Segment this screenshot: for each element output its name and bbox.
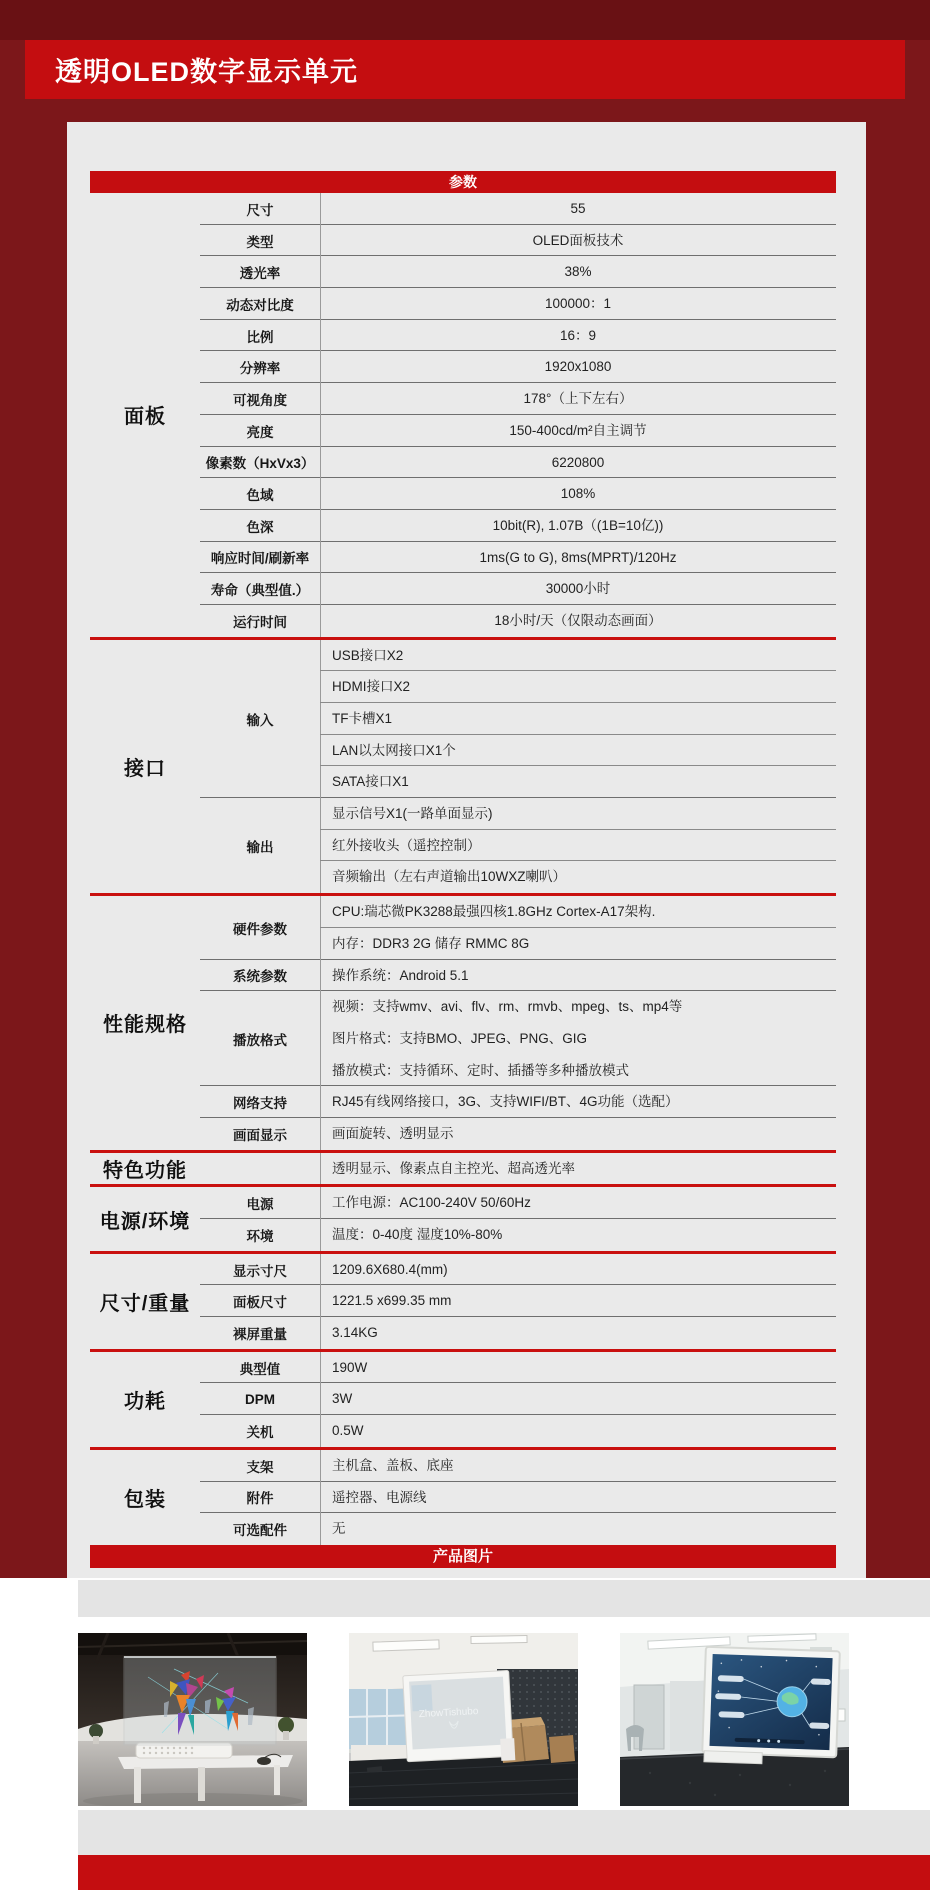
spec-group: 透明显示、像素点自主控光、超高透光率 (200, 1153, 836, 1185)
section-groups-performance: 硬件参数CPU:瑞芯微PK3288最强四核1.8GHz Cortex-A17架构… (200, 896, 836, 1150)
section-groups-consumption: 典型值190WDPM3W关机0.5W (200, 1352, 836, 1447)
spec-group: 色深10bit(R), 1.07B（(1B=10亿)) (200, 510, 836, 542)
spec-value: 190W (320, 1352, 836, 1384)
spec-value: 显示信号X1(一路单面显示) (320, 798, 836, 830)
group-label: 色域 (200, 478, 320, 510)
spec-value: 遥控器、电源线 (320, 1482, 836, 1514)
group-rows: 3W (320, 1383, 836, 1415)
spec-value: 3.14KG (320, 1317, 836, 1349)
spec-group: 动态对比度100000：1 (200, 288, 836, 320)
section-separator (90, 1150, 836, 1153)
spec-group: 输入USB接口X2HDMI接口X2TF卡槽X1LAN以太网接口X1个SATA接口… (200, 640, 836, 798)
spec-value: 透明显示、像素点自主控光、超高透光率 (320, 1153, 836, 1185)
section-groups-interface: 输入USB接口X2HDMI接口X2TF卡槽X1LAN以太网接口X1个SATA接口… (200, 640, 836, 894)
group-label: 电源 (200, 1187, 320, 1219)
page: 透明OLED数字显示单元 参数 面板尺寸55类型OLED面板技术透光率38%动态… (0, 0, 930, 1890)
spec-value: 30000小时 (320, 573, 836, 605)
spec-group: 裸屏重量3.14KG (200, 1317, 836, 1349)
section-separator (90, 1184, 836, 1187)
spec-value: 音频输出（左右声道输出10WXZ喇叭） (320, 861, 836, 893)
group-rows: 55 (320, 193, 836, 225)
group-label: 典型值 (200, 1352, 320, 1384)
spec-value: LAN以太网接口X1个 (320, 735, 836, 767)
spec-group: 比例16：9 (200, 320, 836, 352)
spec-group: 可选配件无 (200, 1513, 836, 1545)
bottom-red-band (78, 1855, 930, 1890)
spec-value: 图片格式：支持BMO、JPEG、PNG、GIG (320, 1023, 836, 1055)
section-label-features: 特色功能 (90, 1153, 200, 1185)
spec-value: CPU:瑞芯微PK3288最强四核1.8GHz Cortex-A17架构. (320, 896, 836, 928)
spec-value: 1920x1080 (320, 351, 836, 383)
section-separator (90, 1349, 836, 1352)
group-label: 色深 (200, 510, 320, 542)
group-label: 运行时间 (200, 605, 320, 637)
spec-group: 网络支持RJ45有线网络接口，3G、支持WIFI/BT、4G功能（选配） (200, 1086, 836, 1118)
group-label: 硬件参数 (200, 896, 320, 959)
spec-group: 像素数（HxVx3）6220800 (200, 447, 836, 479)
section-label-size-weight: 尺寸/重量 (90, 1254, 200, 1349)
group-rows: 遥控器、电源线 (320, 1482, 836, 1514)
group-rows: 1221.5 x699.35 mm (320, 1285, 836, 1317)
group-label: 类型 (200, 225, 320, 257)
spec-value: 工作电源：AC100-240V 50/60Hz (320, 1187, 836, 1219)
product-images-header-bar: 产品图片 (90, 1545, 836, 1568)
group-rows: 38% (320, 256, 836, 288)
section-separator (90, 637, 836, 640)
spec-group: 画面显示画面旋转、透明显示 (200, 1118, 836, 1150)
spec-value: 画面旋转、透明显示 (320, 1118, 836, 1150)
group-label: 支架 (200, 1450, 320, 1482)
section-groups-packing: 支架主机盒、盖板、底座附件遥控器、电源线可选配件无 (200, 1450, 836, 1545)
section-separator (90, 1447, 836, 1450)
spec-group: 播放格式视频：支持wmv、avi、flv、rm、rmvb、mpeg、ts、mp4… (200, 991, 836, 1086)
group-label: 显示寸尺 (200, 1254, 320, 1286)
group-rows: RJ45有线网络接口，3G、支持WIFI/BT、4G功能（选配） (320, 1086, 836, 1118)
group-label: 寿命（典型值.） (200, 573, 320, 605)
spec-value: 108% (320, 478, 836, 510)
spec-group: 系统参数操作系统：Android 5.1 (200, 960, 836, 992)
spec-value: 1209.6X680.4(mm) (320, 1254, 836, 1286)
spec-group: 运行时间18小时/天（仅限动态画面） (200, 605, 836, 637)
section-groups-features: 透明显示、像素点自主控光、超高透光率 (200, 1153, 836, 1185)
group-rows: 1920x1080 (320, 351, 836, 383)
group-label: 环境 (200, 1219, 320, 1251)
spec-value: 播放模式：支持循环、定时、插播等多种播放模式 (320, 1055, 836, 1087)
group-rows: 0.5W (320, 1415, 836, 1447)
group-label: 裸屏重量 (200, 1317, 320, 1349)
group-label: DPM (200, 1383, 320, 1415)
spec-section-consumption: 功耗典型值190WDPM3W关机0.5W (90, 1352, 836, 1447)
spec-group: 电源工作电源：AC100-240V 50/60Hz (200, 1187, 836, 1219)
group-label: 尺寸 (200, 193, 320, 225)
group-rows: 10bit(R), 1.07B（(1B=10亿)) (320, 510, 836, 542)
spec-group: DPM3W (200, 1383, 836, 1415)
spec-value: 视频：支持wmv、avi、flv、rm、rmvb、mpeg、ts、mp4等 (320, 991, 836, 1023)
spec-value: TF卡槽X1 (320, 703, 836, 735)
section-separator (90, 1251, 836, 1254)
group-rows: 108% (320, 478, 836, 510)
spec-value: 18小时/天（仅限动态画面） (320, 605, 836, 637)
product-images-header-label: 产品图片 (433, 1548, 493, 1565)
group-label: 比例 (200, 320, 320, 352)
group-rows: 主机盒、盖板、底座 (320, 1450, 836, 1482)
group-rows: 190W (320, 1352, 836, 1384)
group-label: 关机 (200, 1415, 320, 1447)
group-label: 输出 (200, 798, 320, 893)
spec-value: 55 (320, 193, 836, 225)
spec-value: 0.5W (320, 1415, 836, 1447)
spec-section-interface: 接口输入USB接口X2HDMI接口X2TF卡槽X1LAN以太网接口X1个SATA… (90, 640, 836, 894)
group-rows: 3.14KG (320, 1317, 836, 1349)
section-separator (90, 893, 836, 896)
group-rows: 16：9 (320, 320, 836, 352)
group-label: 动态对比度 (200, 288, 320, 320)
group-label: 响应时间/刷新率 (200, 542, 320, 574)
spec-value: OLED面板技术 (320, 225, 836, 257)
spec-group: 面板尺寸1221.5 x699.35 mm (200, 1285, 836, 1317)
spec-value: 150-400cd/m²自主调节 (320, 415, 836, 447)
group-label: 网络支持 (200, 1086, 320, 1118)
group-rows: 视频：支持wmv、avi、flv、rm、rmvb、mpeg、ts、mp4等图片格… (320, 991, 836, 1086)
spec-group: 支架主机盒、盖板、底座 (200, 1450, 836, 1482)
group-label: 播放格式 (200, 991, 320, 1086)
spec-section-size-weight: 尺寸/重量显示寸尺1209.6X680.4(mm)面板尺寸1221.5 x699… (90, 1254, 836, 1349)
spec-value: 温度：0-40度 湿度10%-80% (320, 1219, 836, 1251)
group-rows: 30000小时 (320, 573, 836, 605)
group-rows: 100000：1 (320, 288, 836, 320)
spec-value: 3W (320, 1383, 836, 1415)
section-label-consumption: 功耗 (90, 1352, 200, 1447)
group-label: 可选配件 (200, 1513, 320, 1545)
group-label: 附件 (200, 1482, 320, 1514)
spec-group: 显示寸尺1209.6X680.4(mm) (200, 1254, 836, 1286)
spec-value: 16：9 (320, 320, 836, 352)
spec-value: 1ms(G to G), 8ms(MPRT)/120Hz (320, 542, 836, 574)
group-rows: OLED面板技术 (320, 225, 836, 257)
spec-value: 1221.5 x699.35 mm (320, 1285, 836, 1317)
section-groups-size-weight: 显示寸尺1209.6X680.4(mm)面板尺寸1221.5 x699.35 m… (200, 1254, 836, 1349)
spec-group: 寿命（典型值.）30000小时 (200, 573, 836, 605)
product-photo-lab-ui (620, 1633, 849, 1806)
section-label-panel: 面板 (90, 193, 200, 637)
spec-section-performance: 性能规格硬件参数CPU:瑞芯微PK3288最强四核1.8GHz Cortex-A… (90, 896, 836, 1150)
group-rows: 6220800 (320, 447, 836, 479)
section-label-packing: 包装 (90, 1450, 200, 1545)
group-label: 可视角度 (200, 383, 320, 415)
page-title-bar: 透明OLED数字显示单元 (25, 40, 905, 99)
spec-group: 亮度150-400cd/m²自主调节 (200, 415, 836, 447)
group-rows: 画面旋转、透明显示 (320, 1118, 836, 1150)
spec-table: 面板尺寸55类型OLED面板技术透光率38%动态对比度100000：1比例16：… (90, 193, 836, 1545)
spec-value: 38% (320, 256, 836, 288)
group-label: 像素数（HxVx3） (200, 447, 320, 479)
group-rows: 透明显示、像素点自主控光、超高透光率 (320, 1153, 836, 1185)
spec-group: 分辨率1920x1080 (200, 351, 836, 383)
spec-value: 主机盒、盖板、底座 (320, 1450, 836, 1482)
group-label: 分辨率 (200, 351, 320, 383)
section-label-interface: 接口 (90, 640, 200, 894)
spec-value: RJ45有线网络接口，3G、支持WIFI/BT、4G功能（选配） (320, 1086, 836, 1118)
group-label: 画面显示 (200, 1118, 320, 1150)
product-photo-office: ZhowTishubo (349, 1633, 578, 1806)
group-label: 透光率 (200, 256, 320, 288)
spec-section-panel: 面板尺寸55类型OLED面板技术透光率38%动态对比度100000：1比例16：… (90, 193, 836, 637)
bottom-gray-band (78, 1810, 930, 1855)
spec-value: 无 (320, 1513, 836, 1545)
group-rows: 无 (320, 1513, 836, 1545)
spec-group: 典型值190W (200, 1352, 836, 1384)
group-rows: 显示信号X1(一路单面显示)红外接收头（遥控控制）音频输出（左右声道输出10WX… (320, 798, 836, 893)
spec-value: 100000：1 (320, 288, 836, 320)
spec-group: 关机0.5W (200, 1415, 836, 1447)
spec-value: 内存：DDR3 2G 储存 RMMC 8G (320, 928, 836, 960)
group-rows: 工作电源：AC100-240V 50/60Hz (320, 1187, 836, 1219)
product-photo-showroom (78, 1633, 307, 1806)
group-label: 面板尺寸 (200, 1285, 320, 1317)
group-rows: 178°（上下左右） (320, 383, 836, 415)
spec-section-power-env: 电源/环境电源工作电源：AC100-240V 50/60Hz环境温度：0-40度… (90, 1187, 836, 1250)
spec-value: 178°（上下左右） (320, 383, 836, 415)
spec-section-packing: 包装支架主机盒、盖板、底座附件遥控器、电源线可选配件无 (90, 1450, 836, 1545)
section-groups-power-env: 电源工作电源：AC100-240V 50/60Hz环境温度：0-40度 湿度10… (200, 1187, 836, 1250)
group-label (200, 1153, 320, 1185)
spec-section-features: 特色功能透明显示、像素点自主控光、超高透光率 (90, 1153, 836, 1185)
spec-value: 6220800 (320, 447, 836, 479)
spec-group: 硬件参数CPU:瑞芯微PK3288最强四核1.8GHz Cortex-A17架构… (200, 896, 836, 959)
group-rows: 150-400cd/m²自主调节 (320, 415, 836, 447)
group-rows: CPU:瑞芯微PK3288最强四核1.8GHz Cortex-A17架构.内存：… (320, 896, 836, 959)
section-label-performance: 性能规格 (90, 896, 200, 1150)
section-label-power-env: 电源/环境 (90, 1187, 200, 1250)
spec-group: 透光率38% (200, 256, 836, 288)
spec-group: 响应时间/刷新率1ms(G to G), 8ms(MPRT)/120Hz (200, 542, 836, 574)
group-rows: 1ms(G to G), 8ms(MPRT)/120Hz (320, 542, 836, 574)
spec-group: 附件遥控器、电源线 (200, 1482, 836, 1514)
spec-panel: 参数 面板尺寸55类型OLED面板技术透光率38%动态对比度100000：1比例… (67, 122, 866, 1627)
spec-value: HDMI接口X2 (320, 671, 836, 703)
product-photos: ZhowTishubo (78, 1633, 849, 1806)
spec-value: USB接口X2 (320, 640, 836, 672)
group-label: 系统参数 (200, 960, 320, 992)
spec-group: 色域108% (200, 478, 836, 510)
params-header-label: 参数 (449, 174, 477, 190)
page-title: 透明OLED数字显示单元 (25, 50, 358, 89)
spec-group: 类型OLED面板技术 (200, 225, 836, 257)
top-strip (0, 0, 930, 40)
group-label: 输入 (200, 640, 320, 798)
params-header-bar: 参数 (90, 171, 836, 193)
spec-group: 尺寸55 (200, 193, 836, 225)
spec-group: 输出显示信号X1(一路单面显示)红外接收头（遥控控制）音频输出（左右声道输出10… (200, 798, 836, 893)
spec-value: SATA接口X1 (320, 766, 836, 798)
spec-group: 可视角度178°（上下左右） (200, 383, 836, 415)
spec-value: 操作系统：Android 5.1 (320, 960, 836, 992)
group-rows: 1209.6X680.4(mm) (320, 1254, 836, 1286)
group-label: 亮度 (200, 415, 320, 447)
spec-group: 环境温度：0-40度 湿度10%-80% (200, 1219, 836, 1251)
group-rows: 18小时/天（仅限动态画面） (320, 605, 836, 637)
group-rows: USB接口X2HDMI接口X2TF卡槽X1LAN以太网接口X1个SATA接口X1 (320, 640, 836, 798)
group-rows: 温度：0-40度 湿度10%-80% (320, 1219, 836, 1251)
bottom-gray-band-top (78, 1580, 930, 1617)
spec-value: 红外接收头（遥控控制） (320, 830, 836, 862)
section-groups-panel: 尺寸55类型OLED面板技术透光率38%动态对比度100000：1比例16：9分… (200, 193, 836, 637)
spec-value: 10bit(R), 1.07B（(1B=10亿)) (320, 510, 836, 542)
group-rows: 操作系统：Android 5.1 (320, 960, 836, 992)
